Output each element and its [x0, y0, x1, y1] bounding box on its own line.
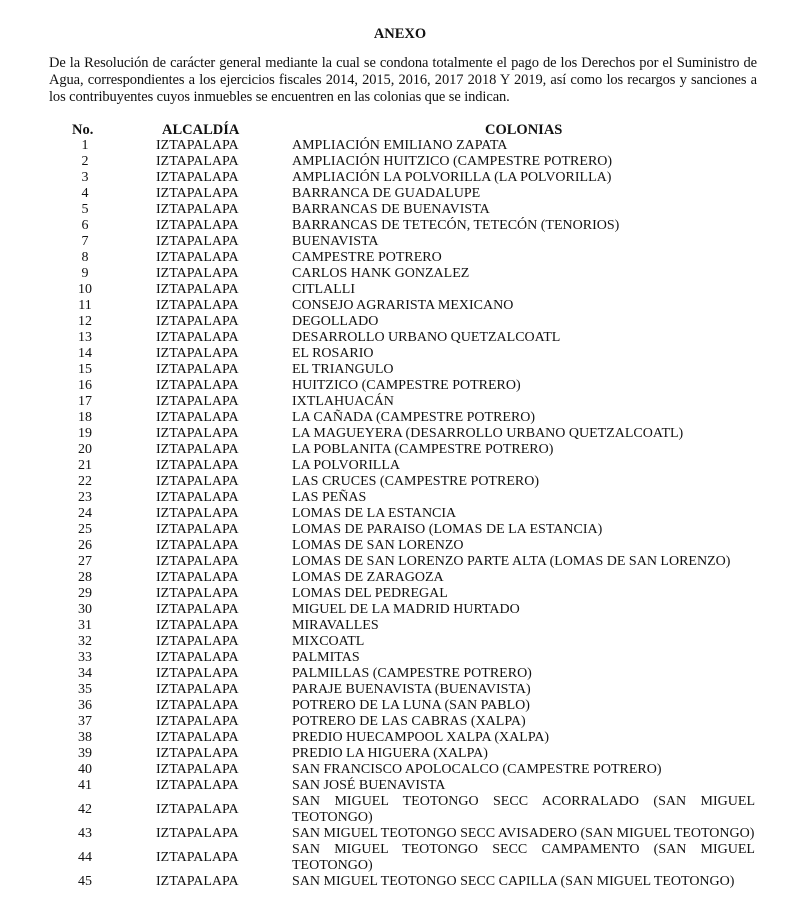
table-row: 36IZTAPALAPAPOTRERO DE LA LUNA (SAN PABL…	[0, 698, 800, 714]
row-alcaldia: IZTAPALAPA	[156, 442, 239, 458]
row-number: 13	[70, 330, 100, 346]
row-alcaldia: IZTAPALAPA	[156, 394, 239, 410]
row-number: 25	[70, 522, 100, 538]
table-row: 21IZTAPALAPALA POLVORILLA	[0, 458, 800, 474]
row-number: 3	[70, 170, 100, 186]
row-colonia: DESARROLLO URBANO QUETZALCOATL	[292, 330, 755, 346]
row-colonia: EL ROSARIO	[292, 346, 755, 362]
table-row: 11IZTAPALAPACONSEJO AGRARISTA MEXICANO	[0, 298, 800, 314]
row-colonia: LA POLVORILLA	[292, 458, 755, 474]
row-number: 42	[70, 802, 100, 818]
row-number: 9	[70, 266, 100, 282]
row-number: 6	[70, 218, 100, 234]
row-number: 26	[70, 538, 100, 554]
row-colonia: PALMITAS	[292, 650, 755, 666]
row-alcaldia: IZTAPALAPA	[156, 362, 239, 378]
row-colonia: LOMAS DEL PEDREGAL	[292, 586, 755, 602]
table-row: 42IZTAPALAPASAN MIGUEL TEOTONGO SECC ACO…	[0, 794, 800, 826]
header-no: No.	[72, 122, 93, 139]
row-colonia: LAS CRUCES (CAMPESTRE POTRERO)	[292, 474, 755, 490]
table-row: 23IZTAPALAPALAS PEÑAS	[0, 490, 800, 506]
row-colonia: MIXCOATL	[292, 634, 755, 650]
table-row: 4IZTAPALAPABARRANCA DE GUADALUPE	[0, 186, 800, 202]
colonias-table: No. ALCALDÍA COLONIAS 1IZTAPALAPAAMPLIAC…	[0, 122, 800, 890]
intro-paragraph: De la Resolución de carácter general med…	[49, 55, 757, 106]
table-row: 22IZTAPALAPALAS CRUCES (CAMPESTRE POTRER…	[0, 474, 800, 490]
row-colonia: SAN MIGUEL TEOTONGO SECC ACORRALADO (SAN…	[292, 794, 755, 826]
row-colonia: LOMAS DE LA ESTANCIA	[292, 506, 755, 522]
table-row: 38IZTAPALAPAPREDIO HUECAMPOOL XALPA (XAL…	[0, 730, 800, 746]
row-colonia: BUENAVISTA	[292, 234, 755, 250]
row-alcaldia: IZTAPALAPA	[156, 850, 239, 866]
row-colonia: LAS PEÑAS	[292, 490, 755, 506]
table-row: 15IZTAPALAPAEL TRIANGULO	[0, 362, 800, 378]
row-colonia: PARAJE BUENAVISTA (BUENAVISTA)	[292, 682, 755, 698]
row-colonia: SAN MIGUEL TEOTONGO SECC AVISADERO (SAN …	[292, 826, 755, 842]
row-colonia: LOMAS DE SAN LORENZO PARTE ALTA (LOMAS D…	[292, 554, 755, 570]
row-number: 5	[70, 202, 100, 218]
row-number: 18	[70, 410, 100, 426]
row-alcaldia: IZTAPALAPA	[156, 554, 239, 570]
row-number: 27	[70, 554, 100, 570]
row-alcaldia: IZTAPALAPA	[156, 218, 239, 234]
row-colonia: LOMAS DE ZARAGOZA	[292, 570, 755, 586]
row-colonia: MIGUEL DE LA MADRID HURTADO	[292, 602, 755, 618]
row-alcaldia: IZTAPALAPA	[156, 250, 239, 266]
row-number: 32	[70, 634, 100, 650]
row-alcaldia: IZTAPALAPA	[156, 202, 239, 218]
row-colonia: AMPLIACIÓN EMILIANO ZAPATA	[292, 138, 755, 154]
row-colonia: CAMPESTRE POTRERO	[292, 250, 755, 266]
row-colonia: POTRERO DE LAS CABRAS (XALPA)	[292, 714, 755, 730]
row-number: 29	[70, 586, 100, 602]
header-colonias: COLONIAS	[485, 122, 562, 139]
table-row: 6IZTAPALAPABARRANCAS DE TETECÓN, TETECÓN…	[0, 218, 800, 234]
table-row: 19IZTAPALAPALA MAGUEYERA (DESARROLLO URB…	[0, 426, 800, 442]
table-row: 9IZTAPALAPACARLOS HANK GONZALEZ	[0, 266, 800, 282]
row-colonia: LOMAS DE SAN LORENZO	[292, 538, 755, 554]
row-colonia: SAN FRANCISCO APOLOCALCO (CAMPESTRE POTR…	[292, 762, 755, 778]
row-colonia: SAN MIGUEL TEOTONGO SECC CAPILLA (SAN MI…	[292, 874, 755, 890]
row-colonia: CONSEJO AGRARISTA MEXICANO	[292, 298, 755, 314]
row-number: 23	[70, 490, 100, 506]
row-alcaldia: IZTAPALAPA	[156, 802, 239, 818]
row-number: 8	[70, 250, 100, 266]
row-alcaldia: IZTAPALAPA	[156, 490, 239, 506]
row-alcaldia: IZTAPALAPA	[156, 682, 239, 698]
row-alcaldia: IZTAPALAPA	[156, 186, 239, 202]
row-alcaldia: IZTAPALAPA	[156, 522, 239, 538]
row-colonia: AMPLIACIÓN LA POLVORILLA (LA POLVORILLA)	[292, 170, 755, 186]
row-colonia: LA MAGUEYERA (DESARROLLO URBANO QUETZALC…	[292, 426, 755, 442]
row-number: 1	[70, 138, 100, 154]
row-colonia: AMPLIACIÓN HUITZICO (CAMPESTRE POTRERO)	[292, 154, 755, 170]
row-number: 11	[70, 298, 100, 314]
row-alcaldia: IZTAPALAPA	[156, 282, 239, 298]
table-row: 45IZTAPALAPASAN MIGUEL TEOTONGO SECC CAP…	[0, 874, 800, 890]
row-alcaldia: IZTAPALAPA	[156, 730, 239, 746]
row-alcaldia: IZTAPALAPA	[156, 826, 239, 842]
table-row: 13IZTAPALAPADESARROLLO URBANO QUETZALCOA…	[0, 330, 800, 346]
row-number: 20	[70, 442, 100, 458]
table-body: 1IZTAPALAPAAMPLIACIÓN EMILIANO ZAPATA2IZ…	[0, 138, 800, 890]
row-number: 22	[70, 474, 100, 490]
row-number: 19	[70, 426, 100, 442]
row-number: 39	[70, 746, 100, 762]
row-alcaldia: IZTAPALAPA	[156, 538, 239, 554]
table-row: 31IZTAPALAPAMIRAVALLES	[0, 618, 800, 634]
row-colonia: BARRANCAS DE TETECÓN, TETECÓN (TENORIOS)	[292, 218, 755, 234]
row-alcaldia: IZTAPALAPA	[156, 330, 239, 346]
table-row: 14IZTAPALAPAEL ROSARIO	[0, 346, 800, 362]
row-number: 28	[70, 570, 100, 586]
row-colonia: CARLOS HANK GONZALEZ	[292, 266, 755, 282]
table-row: 32IZTAPALAPAMIXCOATL	[0, 634, 800, 650]
row-alcaldia: IZTAPALAPA	[156, 618, 239, 634]
row-colonia: LA CAÑADA (CAMPESTRE POTRERO)	[292, 410, 755, 426]
table-row: 37IZTAPALAPAPOTRERO DE LAS CABRAS (XALPA…	[0, 714, 800, 730]
table-row: 16IZTAPALAPAHUITZICO (CAMPESTRE POTRERO)	[0, 378, 800, 394]
row-number: 12	[70, 314, 100, 330]
row-number: 30	[70, 602, 100, 618]
row-colonia: PREDIO HUECAMPOOL XALPA (XALPA)	[292, 730, 755, 746]
row-number: 15	[70, 362, 100, 378]
row-colonia: LOMAS DE PARAISO (LOMAS DE LA ESTANCIA)	[292, 522, 755, 538]
row-colonia: CITLALLI	[292, 282, 755, 298]
row-colonia: PALMILLAS (CAMPESTRE POTRERO)	[292, 666, 755, 682]
row-alcaldia: IZTAPALAPA	[156, 746, 239, 762]
row-number: 45	[70, 874, 100, 890]
table-row: 44IZTAPALAPASAN MIGUEL TEOTONGO SECC CAM…	[0, 842, 800, 874]
table-row: 29IZTAPALAPALOMAS DEL PEDREGAL	[0, 586, 800, 602]
row-colonia: BARRANCA DE GUADALUPE	[292, 186, 755, 202]
row-number: 14	[70, 346, 100, 362]
row-colonia: LA POBLANITA (CAMPESTRE POTRERO)	[292, 442, 755, 458]
row-alcaldia: IZTAPALAPA	[156, 426, 239, 442]
row-alcaldia: IZTAPALAPA	[156, 586, 239, 602]
table-row: 24IZTAPALAPALOMAS DE LA ESTANCIA	[0, 506, 800, 522]
row-number: 4	[70, 186, 100, 202]
table-row: 28IZTAPALAPALOMAS DE ZARAGOZA	[0, 570, 800, 586]
table-row: 25IZTAPALAPALOMAS DE PARAISO (LOMAS DE L…	[0, 522, 800, 538]
row-number: 31	[70, 618, 100, 634]
row-colonia: EL TRIANGULO	[292, 362, 755, 378]
table-row: 17IZTAPALAPAIXTLAHUACÁN	[0, 394, 800, 410]
row-number: 35	[70, 682, 100, 698]
row-number: 21	[70, 458, 100, 474]
row-number: 7	[70, 234, 100, 250]
table-row: 5IZTAPALAPABARRANCAS DE BUENAVISTA	[0, 202, 800, 218]
table-row: 33IZTAPALAPAPALMITAS	[0, 650, 800, 666]
row-colonia: HUITZICO (CAMPESTRE POTRERO)	[292, 378, 755, 394]
table-row: 1IZTAPALAPAAMPLIACIÓN EMILIANO ZAPATA	[0, 138, 800, 154]
row-alcaldia: IZTAPALAPA	[156, 170, 239, 186]
row-alcaldia: IZTAPALAPA	[156, 762, 239, 778]
header-alcaldia: ALCALDÍA	[162, 122, 239, 139]
document-title: ANEXO	[0, 26, 800, 43]
table-row: 18IZTAPALAPALA CAÑADA (CAMPESTRE POTRERO…	[0, 410, 800, 426]
table-row: 3IZTAPALAPAAMPLIACIÓN LA POLVORILLA (LA …	[0, 170, 800, 186]
row-alcaldia: IZTAPALAPA	[156, 698, 239, 714]
row-alcaldia: IZTAPALAPA	[156, 506, 239, 522]
table-row: 39IZTAPALAPAPREDIO LA HIGUERA (XALPA)	[0, 746, 800, 762]
row-alcaldia: IZTAPALAPA	[156, 714, 239, 730]
row-colonia: DEGOLLADO	[292, 314, 755, 330]
row-number: 34	[70, 666, 100, 682]
row-alcaldia: IZTAPALAPA	[156, 410, 239, 426]
row-colonia: PREDIO LA HIGUERA (XALPA)	[292, 746, 755, 762]
row-colonia: IXTLAHUACÁN	[292, 394, 755, 410]
row-colonia: SAN JOSÉ BUENAVISTA	[292, 778, 755, 794]
row-number: 10	[70, 282, 100, 298]
row-number: 37	[70, 714, 100, 730]
row-alcaldia: IZTAPALAPA	[156, 378, 239, 394]
row-number: 33	[70, 650, 100, 666]
table-row: 40IZTAPALAPASAN FRANCISCO APOLOCALCO (CA…	[0, 762, 800, 778]
row-alcaldia: IZTAPALAPA	[156, 298, 239, 314]
row-alcaldia: IZTAPALAPA	[156, 138, 239, 154]
row-colonia: SAN MIGUEL TEOTONGO SECC CAMPAMENTO (SAN…	[292, 842, 755, 874]
table-row: 2IZTAPALAPAAMPLIACIÓN HUITZICO (CAMPESTR…	[0, 154, 800, 170]
table-row: 26IZTAPALAPALOMAS DE SAN LORENZO	[0, 538, 800, 554]
row-alcaldia: IZTAPALAPA	[156, 602, 239, 618]
row-alcaldia: IZTAPALAPA	[156, 154, 239, 170]
row-alcaldia: IZTAPALAPA	[156, 234, 239, 250]
table-row: 41IZTAPALAPASAN JOSÉ BUENAVISTA	[0, 778, 800, 794]
table-row: 34IZTAPALAPAPALMILLAS (CAMPESTRE POTRERO…	[0, 666, 800, 682]
row-number: 36	[70, 698, 100, 714]
row-number: 44	[70, 850, 100, 866]
row-alcaldia: IZTAPALAPA	[156, 266, 239, 282]
row-alcaldia: IZTAPALAPA	[156, 778, 239, 794]
row-colonia: BARRANCAS DE BUENAVISTA	[292, 202, 755, 218]
row-number: 16	[70, 378, 100, 394]
table-row: 35IZTAPALAPAPARAJE BUENAVISTA (BUENAVIST…	[0, 682, 800, 698]
table-row: 7IZTAPALAPABUENAVISTA	[0, 234, 800, 250]
table-row: 43IZTAPALAPASAN MIGUEL TEOTONGO SECC AVI…	[0, 826, 800, 842]
row-alcaldia: IZTAPALAPA	[156, 458, 239, 474]
row-number: 17	[70, 394, 100, 410]
table-row: 20IZTAPALAPALA POBLANITA (CAMPESTRE POTR…	[0, 442, 800, 458]
row-number: 2	[70, 154, 100, 170]
row-alcaldia: IZTAPALAPA	[156, 666, 239, 682]
row-number: 40	[70, 762, 100, 778]
row-number: 41	[70, 778, 100, 794]
table-row: 10IZTAPALAPACITLALLI	[0, 282, 800, 298]
row-alcaldia: IZTAPALAPA	[156, 634, 239, 650]
row-alcaldia: IZTAPALAPA	[156, 570, 239, 586]
row-alcaldia: IZTAPALAPA	[156, 874, 239, 890]
table-row: 12IZTAPALAPADEGOLLADO	[0, 314, 800, 330]
row-alcaldia: IZTAPALAPA	[156, 650, 239, 666]
row-number: 24	[70, 506, 100, 522]
table-row: 30IZTAPALAPAMIGUEL DE LA MADRID HURTADO	[0, 602, 800, 618]
table-row: 27IZTAPALAPALOMAS DE SAN LORENZO PARTE A…	[0, 554, 800, 570]
row-alcaldia: IZTAPALAPA	[156, 346, 239, 362]
row-colonia: POTRERO DE LA LUNA (SAN PABLO)	[292, 698, 755, 714]
row-alcaldia: IZTAPALAPA	[156, 314, 239, 330]
row-number: 43	[70, 826, 100, 842]
row-number: 38	[70, 730, 100, 746]
table-row: 8IZTAPALAPACAMPESTRE POTRERO	[0, 250, 800, 266]
row-alcaldia: IZTAPALAPA	[156, 474, 239, 490]
table-header: No. ALCALDÍA COLONIAS	[0, 122, 800, 138]
row-colonia: MIRAVALLES	[292, 618, 755, 634]
